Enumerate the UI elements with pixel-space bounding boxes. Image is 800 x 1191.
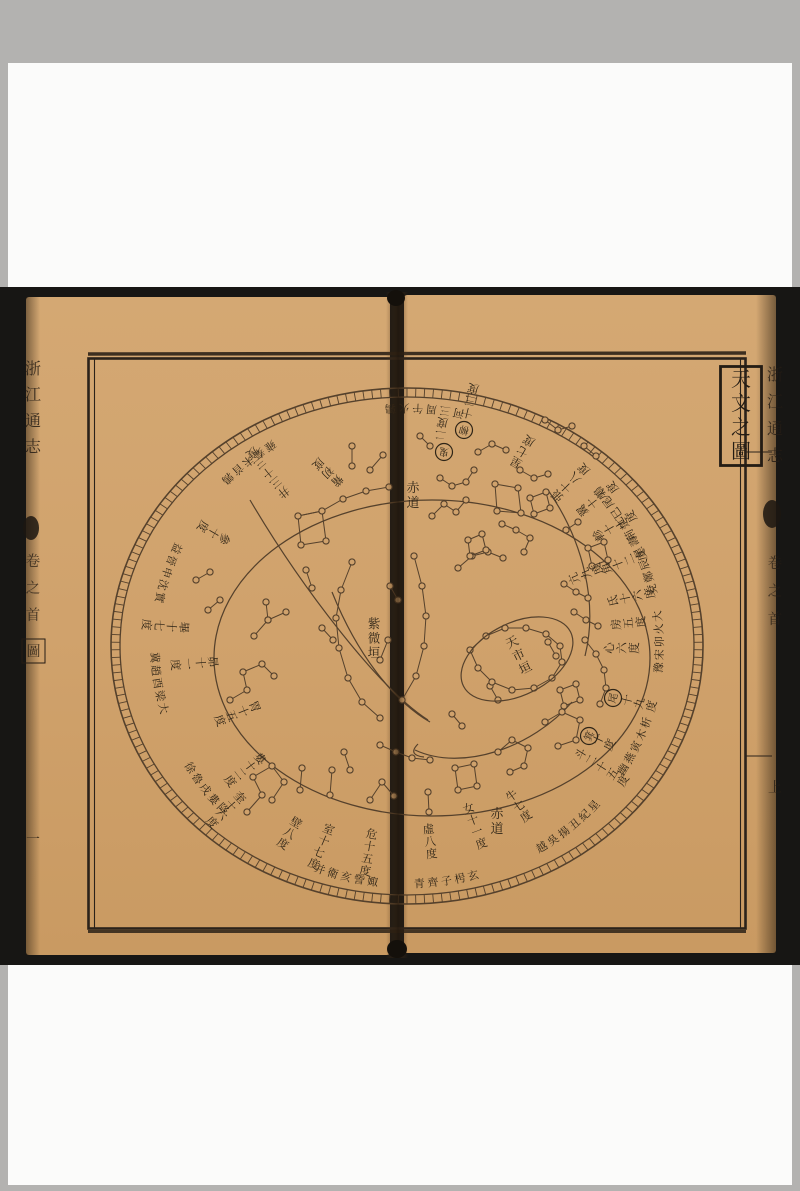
star (513, 527, 519, 533)
scanned-book-page: 天文之圖 鶉火午周三河鶉尾巳楚荊壽星辰鄭兗大火卯宋豫析木寅燕幽星紀丑揚吳越玄枵子… (0, 0, 800, 1191)
star (244, 687, 250, 693)
star (413, 673, 419, 679)
star (553, 653, 559, 659)
star (459, 723, 465, 729)
star (521, 549, 527, 555)
svg-text:宋: 宋 (653, 649, 666, 660)
star (583, 617, 589, 623)
star (543, 631, 549, 637)
star (349, 559, 355, 565)
star (425, 789, 431, 795)
svg-text:午: 午 (412, 401, 424, 415)
svg-text:火: 火 (651, 623, 666, 635)
star (483, 547, 489, 553)
star (367, 797, 373, 803)
equator-label: 赤道 (490, 806, 504, 837)
gutter-fold (386, 290, 408, 958)
star (561, 581, 567, 587)
star (475, 449, 481, 455)
star (527, 535, 533, 541)
star (518, 510, 524, 516)
star (340, 496, 346, 502)
top-ink-streak (88, 353, 746, 354)
title-box-text: 天文之圖 (731, 367, 751, 463)
star (319, 508, 325, 514)
star (585, 595, 591, 601)
star (409, 755, 415, 761)
star (500, 555, 506, 561)
star (240, 669, 246, 675)
star (427, 443, 433, 449)
left-margin-page-mark: 一 (26, 832, 40, 848)
star (347, 767, 353, 773)
star (299, 765, 305, 771)
svg-text:酉: 酉 (150, 677, 165, 690)
star (298, 542, 304, 548)
star (283, 609, 289, 615)
star (271, 673, 277, 679)
star (265, 617, 271, 623)
star (338, 587, 344, 593)
svg-text:赤道: 赤道 (490, 806, 504, 837)
star (217, 597, 223, 603)
star (349, 443, 355, 449)
star (582, 637, 588, 643)
star (573, 737, 579, 743)
star (495, 749, 501, 755)
star (455, 565, 461, 571)
star (303, 567, 309, 573)
star (595, 623, 601, 629)
star (545, 639, 551, 645)
star (281, 779, 287, 785)
star (449, 483, 455, 489)
star (251, 633, 257, 639)
star (515, 485, 521, 491)
star (581, 443, 587, 449)
star (563, 527, 569, 533)
star (545, 471, 551, 477)
star (507, 769, 513, 775)
star (577, 717, 583, 723)
star (593, 651, 599, 657)
star (555, 743, 561, 749)
star-chart-scan: 天文之圖 鶉火午周三河鶉尾巳楚荊壽星辰鄭兗大火卯宋豫析木寅燕幽星紀丑揚吳越玄枵子… (0, 0, 800, 1191)
star (492, 481, 498, 487)
svg-text:一: 一 (26, 832, 40, 848)
star (437, 475, 443, 481)
star (377, 715, 383, 721)
star (509, 737, 515, 743)
star (525, 745, 531, 751)
star (417, 433, 423, 439)
star (559, 659, 565, 665)
star (593, 453, 599, 459)
star (453, 509, 459, 515)
star (427, 757, 433, 763)
left-margin-section: 卷之首 (26, 553, 41, 624)
star (380, 452, 386, 458)
right-margin-page-mark: 上 (768, 780, 782, 796)
svg-text:紫微垣: 紫微垣 (368, 616, 381, 660)
star (597, 701, 603, 707)
star (585, 545, 591, 551)
star (471, 761, 477, 767)
star (577, 697, 583, 703)
star (479, 531, 485, 537)
star (531, 475, 537, 481)
equator-label: 赤道 (406, 480, 420, 511)
star (377, 742, 383, 748)
svg-text:冀: 冀 (148, 652, 163, 665)
svg-text:青: 青 (413, 876, 425, 891)
star (341, 749, 347, 755)
star (336, 645, 342, 651)
star (345, 675, 351, 681)
star (503, 447, 509, 453)
star (227, 697, 233, 703)
star (555, 427, 561, 433)
star (569, 423, 575, 429)
star (467, 553, 473, 559)
star (309, 585, 315, 591)
star (571, 609, 577, 615)
star (205, 607, 211, 613)
svg-text:卯: 卯 (652, 636, 666, 647)
star (455, 787, 461, 793)
svg-text:心六度: 心六度 (602, 642, 641, 654)
star (419, 583, 425, 589)
star (363, 488, 369, 494)
svg-text:子: 子 (440, 874, 453, 889)
star (421, 643, 427, 649)
svg-text:大: 大 (650, 610, 665, 623)
right-margin-section: 卷之首 (768, 555, 783, 628)
svg-text:天文之圖: 天文之圖 (731, 367, 751, 463)
star (193, 577, 199, 583)
star (561, 703, 567, 709)
star (297, 787, 303, 793)
star (489, 679, 495, 685)
star (259, 792, 265, 798)
svg-text:赤道: 赤道 (406, 480, 420, 511)
mansion-degree-text: 心六度 (602, 642, 641, 654)
star (547, 505, 553, 511)
star (463, 497, 469, 503)
star (327, 792, 333, 798)
star (495, 697, 501, 703)
enclosure-label: 紫微垣 (368, 616, 381, 660)
right-margin-ink-smudge (763, 500, 781, 528)
star (244, 809, 250, 815)
svg-text:卷之首: 卷之首 (26, 553, 41, 624)
star (411, 553, 417, 559)
star (349, 463, 355, 469)
star (573, 681, 579, 687)
star (463, 479, 469, 485)
star (527, 495, 533, 501)
star (426, 809, 432, 815)
star (319, 625, 325, 631)
star (263, 599, 269, 605)
star (601, 667, 607, 673)
star (521, 763, 527, 769)
svg-text:齊: 齊 (427, 876, 439, 890)
star (475, 665, 481, 671)
svg-text:圖: 圖 (27, 644, 41, 660)
star (542, 719, 548, 725)
star (269, 797, 275, 803)
svg-text:豫: 豫 (651, 661, 666, 673)
left-margin-ink-smudge (23, 516, 39, 540)
star (474, 783, 480, 789)
star (449, 711, 455, 717)
svg-text:趙: 趙 (149, 664, 164, 676)
star (543, 489, 549, 495)
star (465, 537, 471, 543)
star (429, 513, 435, 519)
star (329, 767, 335, 773)
star (323, 538, 329, 544)
star (441, 501, 447, 507)
star (603, 685, 609, 691)
star (423, 613, 429, 619)
svg-text:上: 上 (768, 780, 782, 796)
star (499, 521, 505, 527)
svg-text:卷之首: 卷之首 (768, 555, 783, 628)
star (509, 687, 515, 693)
star (542, 417, 548, 423)
star (333, 615, 339, 621)
star (523, 625, 529, 631)
star (489, 441, 495, 447)
star (269, 763, 275, 769)
svg-text:周: 周 (425, 402, 437, 416)
star (471, 467, 477, 473)
mansion-label: 心六度 (602, 642, 641, 654)
star (367, 467, 373, 473)
star (259, 661, 265, 667)
star (559, 709, 565, 715)
star (379, 779, 385, 785)
star (557, 687, 563, 693)
left-margin-figure-char: 圖 (27, 644, 41, 660)
star (207, 569, 213, 575)
star (531, 511, 537, 517)
star (295, 513, 301, 519)
star (494, 508, 500, 514)
star (557, 643, 563, 649)
star (330, 637, 336, 643)
star (452, 765, 458, 771)
star (250, 774, 256, 780)
star (359, 699, 365, 705)
star (573, 589, 579, 595)
